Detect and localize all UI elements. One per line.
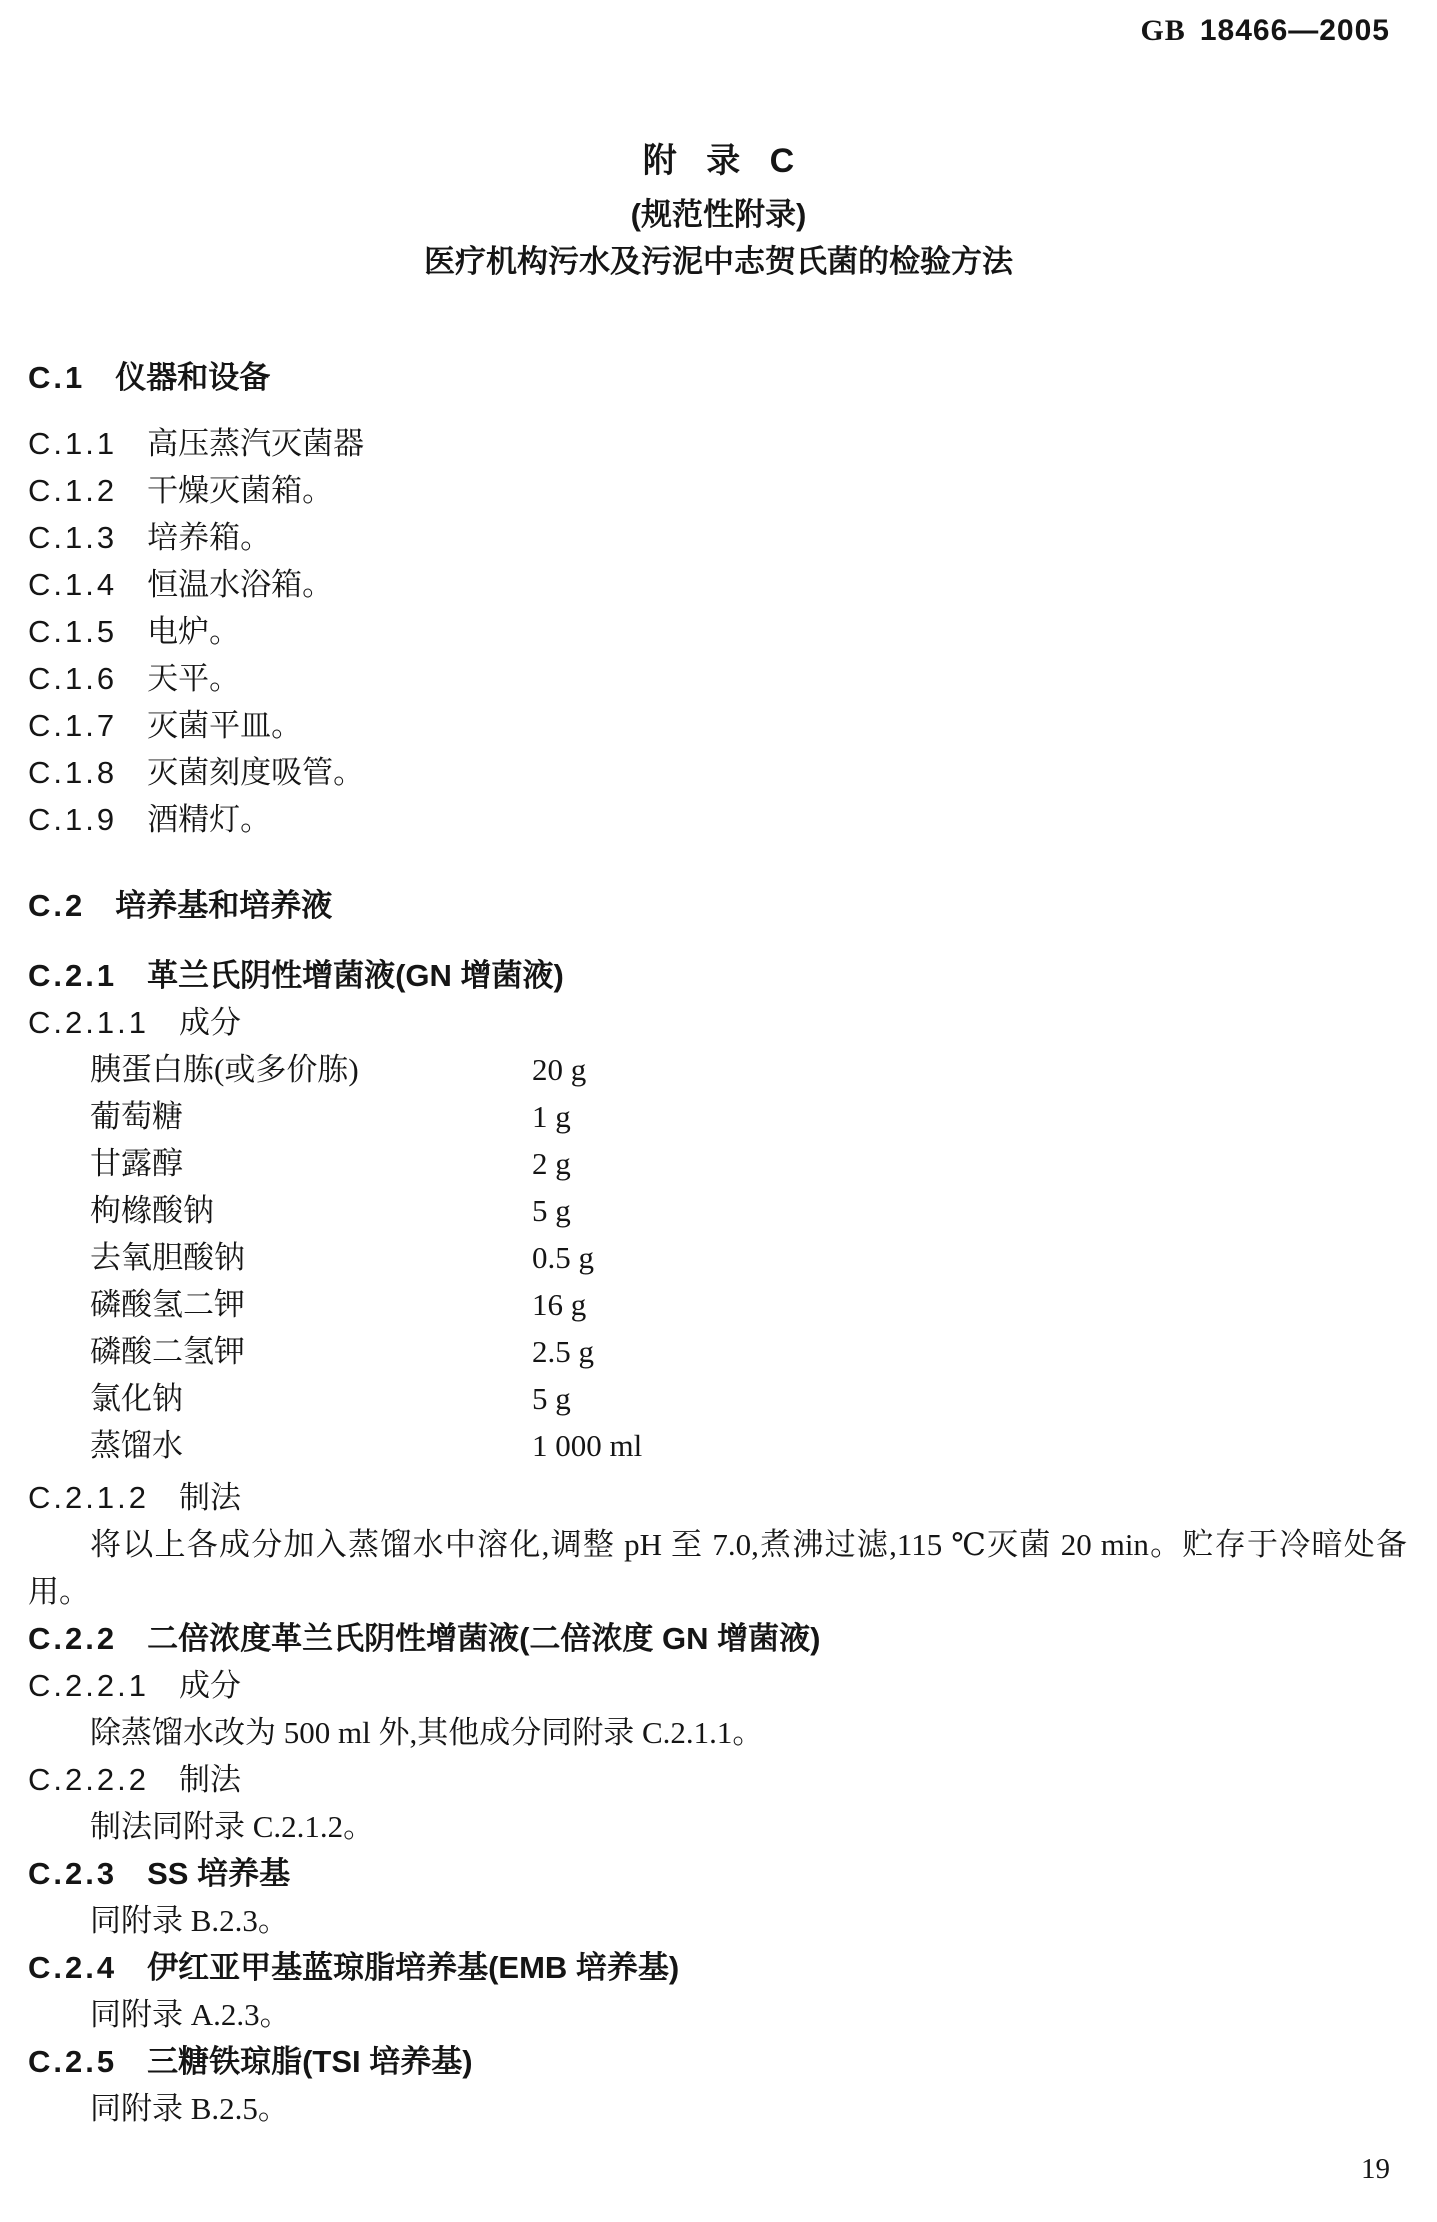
section-c2-heading: C.2培养基和培养液	[28, 882, 1407, 929]
ingredient-amount: 5 g	[532, 1375, 571, 1422]
section-c221-heading: C.2.2.1成分	[28, 1662, 1407, 1709]
clause-number: C.2.2	[28, 1621, 117, 1656]
clause-title: 制法	[179, 1480, 241, 1515]
ingredient-row: 磷酸二氢钾2.5 g	[28, 1328, 1407, 1375]
equipment-name: 酒精灯。	[147, 802, 271, 837]
section-c1-heading: C.1仪器和设备	[28, 354, 1407, 401]
clause-number: C.1.1	[28, 426, 117, 461]
equipment-item: C.1.7灭菌平皿。	[28, 702, 1407, 749]
ingredient-row: 磷酸氢二钾16 g	[28, 1281, 1407, 1328]
equipment-item: C.1.3培养箱。	[28, 514, 1407, 561]
section-c21-heading: C.2.1革兰氏阴性增菌液(GN 增菌液)	[28, 952, 1407, 999]
ingredient-name: 氯化钠	[90, 1375, 532, 1422]
clause-title: 成分	[179, 1668, 241, 1703]
ingredient-row: 去氧胆酸钠0.5 g	[28, 1234, 1407, 1281]
clause-title: 三糖铁琼脂(TSI 培养基)	[147, 2044, 472, 2079]
equipment-item: C.1.4恒温水浴箱。	[28, 561, 1407, 608]
clause-number: C.2.5	[28, 2044, 117, 2079]
clause-body: 将以上各成分加入蒸馏水中溶化,调整 pH 至 7.0,煮沸过滤,115 ℃灭菌 …	[28, 1521, 1407, 1615]
ingredient-row: 葡萄糖1 g	[28, 1093, 1407, 1140]
ingredient-row: 甘露醇2 g	[28, 1140, 1407, 1187]
ingredient-name: 去氧胆酸钠	[90, 1234, 532, 1281]
clause-number: C.1.2	[28, 473, 117, 508]
clause-body: 制法同附录 C.2.1.2。	[28, 1803, 1407, 1850]
ingredient-amount: 0.5 g	[532, 1234, 594, 1281]
equipment-item: C.1.2干燥灭菌箱。	[28, 467, 1407, 514]
ingredient-amount: 1 g	[532, 1093, 571, 1140]
clause-number: C.2.1.2	[28, 1480, 149, 1515]
clause-number: C.1.7	[28, 708, 117, 743]
section-c222-heading: C.2.2.2制法	[28, 1756, 1407, 1803]
clause-number: C.2.4	[28, 1950, 117, 1985]
ingredient-name: 磷酸二氢钾	[90, 1328, 532, 1375]
ingredient-row: 枸橼酸钠5 g	[28, 1187, 1407, 1234]
clause-number: C.2.1.1	[28, 1005, 149, 1040]
standard-code-prefix: GB	[1140, 14, 1185, 47]
clause-number: C.2.1	[28, 958, 117, 993]
clause-number: C.2	[28, 888, 85, 923]
clause-body: 除蒸馏水改为 500 ml 外,其他成分同附录 C.2.1.1。	[28, 1709, 1407, 1756]
clause-body: 同附录 B.2.3。	[28, 1897, 1407, 1944]
ingredient-amount: 16 g	[532, 1281, 586, 1328]
ingredient-name: 枸橼酸钠	[90, 1187, 532, 1234]
section-c24-heading: C.2.4伊红亚甲基蓝琼脂培养基(EMB 培养基)	[28, 1944, 1407, 1991]
section-c212-heading: C.2.1.2制法	[28, 1474, 1407, 1521]
clause-number: C.2.2.1	[28, 1668, 149, 1703]
clause-body: 同附录 A.2.3。	[28, 1991, 1407, 2038]
equipment-item: C.1.5电炉。	[28, 608, 1407, 655]
ingredient-list: 胰蛋白胨(或多价胨)20 g 葡萄糖1 g 甘露醇2 g 枸橼酸钠5 g 去氧胆…	[28, 1046, 1407, 1469]
ingredient-name: 胰蛋白胨(或多价胨)	[90, 1046, 532, 1093]
equipment-name: 培养箱。	[147, 520, 271, 555]
clause-title: 二倍浓度革兰氏阴性增菌液(二倍浓度 GN 增菌液)	[147, 1621, 820, 1656]
clause-title: 革兰氏阴性增菌液(GN 增菌液)	[147, 958, 564, 993]
standard-code: GB18466—2005	[1140, 14, 1390, 48]
ingredient-amount: 2.5 g	[532, 1328, 594, 1375]
ingredient-amount: 20 g	[532, 1046, 586, 1093]
appendix-title: 医疗机构污水及污泥中志贺氏菌的检验方法	[0, 238, 1437, 285]
clause-title: 制法	[179, 1762, 241, 1797]
clause-number: C.1.6	[28, 661, 117, 696]
clause-number: C.1.8	[28, 755, 117, 790]
clause-title: 成分	[179, 1005, 241, 1040]
clause-title: SS 培养基	[147, 1856, 290, 1891]
appendix-type: (规范性附录)	[0, 191, 1437, 238]
equipment-name: 高压蒸汽灭菌器	[147, 426, 364, 461]
ingredient-amount: 5 g	[532, 1187, 571, 1234]
clause-number: C.1	[28, 360, 85, 395]
ingredient-row: 氯化钠5 g	[28, 1375, 1407, 1422]
clause-number: C.1.3	[28, 520, 117, 555]
equipment-name: 灭菌刻度吸管。	[147, 755, 364, 790]
clause-number: C.1.5	[28, 614, 117, 649]
ingredient-amount: 1 000 ml	[532, 1422, 642, 1469]
ingredient-row: 胰蛋白胨(或多价胨)20 g	[28, 1046, 1407, 1093]
clause-body: 同附录 B.2.5。	[28, 2085, 1407, 2132]
clause-number: C.2.2.2	[28, 1762, 149, 1797]
equipment-list: C.1.1高压蒸汽灭菌器 C.1.2干燥灭菌箱。 C.1.3培养箱。 C.1.4…	[28, 420, 1407, 843]
clause-number: C.1.9	[28, 802, 117, 837]
section-c211-heading: C.2.1.1成分	[28, 999, 1407, 1046]
clause-number: C.1.4	[28, 567, 117, 602]
equipment-item: C.1.9酒精灯。	[28, 796, 1407, 843]
equipment-name: 电炉。	[147, 614, 240, 649]
ingredient-name: 蒸馏水	[90, 1422, 532, 1469]
section-c23-heading: C.2.3SS 培养基	[28, 1850, 1407, 1897]
section-c22-heading: C.2.2二倍浓度革兰氏阴性增菌液(二倍浓度 GN 增菌液)	[28, 1615, 1407, 1662]
ingredient-name: 葡萄糖	[90, 1093, 532, 1140]
equipment-name: 干燥灭菌箱。	[147, 473, 333, 508]
standard-code-number: 18466—2005	[1200, 14, 1390, 47]
equipment-name: 灭菌平皿。	[147, 708, 302, 743]
ingredient-name: 磷酸氢二钾	[90, 1281, 532, 1328]
equipment-item: C.1.6天平。	[28, 655, 1407, 702]
appendix-label: 附 录 C	[0, 138, 1437, 185]
clause-title: 仪器和设备	[115, 360, 270, 395]
equipment-name: 恒温水浴箱。	[147, 567, 333, 602]
ingredient-row: 蒸馏水1 000 ml	[28, 1422, 1407, 1469]
section-c25-heading: C.2.5三糖铁琼脂(TSI 培养基)	[28, 2038, 1407, 2085]
ingredient-amount: 2 g	[532, 1140, 571, 1187]
clause-title: 培养基和培养液	[115, 888, 332, 923]
document-page: GB18466—2005 附 录 C (规范性附录) 医疗机构污水及污泥中志贺氏…	[0, 0, 1437, 2222]
document-body: C.1仪器和设备 C.1.1高压蒸汽灭菌器 C.1.2干燥灭菌箱。 C.1.3培…	[0, 354, 1437, 2132]
ingredient-name: 甘露醇	[90, 1140, 532, 1187]
equipment-item: C.1.8灭菌刻度吸管。	[28, 749, 1407, 796]
equipment-name: 天平。	[147, 661, 240, 696]
clause-title: 伊红亚甲基蓝琼脂培养基(EMB 培养基)	[147, 1950, 679, 1985]
page-number: 19	[1361, 2146, 1390, 2193]
clause-number: C.2.3	[28, 1856, 117, 1891]
equipment-item: C.1.1高压蒸汽灭菌器	[28, 420, 1407, 467]
